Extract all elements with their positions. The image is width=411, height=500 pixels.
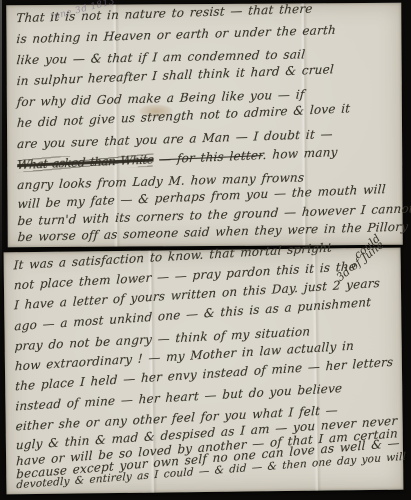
handwriting-line: is nothing in Heaven or earth or under t… [16, 23, 337, 46]
photo-frame: June 3d 1813 That it is not in nature to… [0, 0, 411, 500]
scan-edge-artifact [0, 0, 2, 300]
letter-sheet-page1: June 3d 1813 That it is not in nature to… [6, 3, 402, 247]
letter-sheet-page2: It was a satisfaction to know. that mort… [4, 248, 404, 495]
handwriting-line: That it is not in nature to resist — tha… [16, 2, 313, 26]
scribbled-out-text: What asked than White [17, 153, 154, 173]
struck-through-text: — for this letter [159, 148, 264, 166]
handwriting-text: . how many [262, 145, 338, 162]
